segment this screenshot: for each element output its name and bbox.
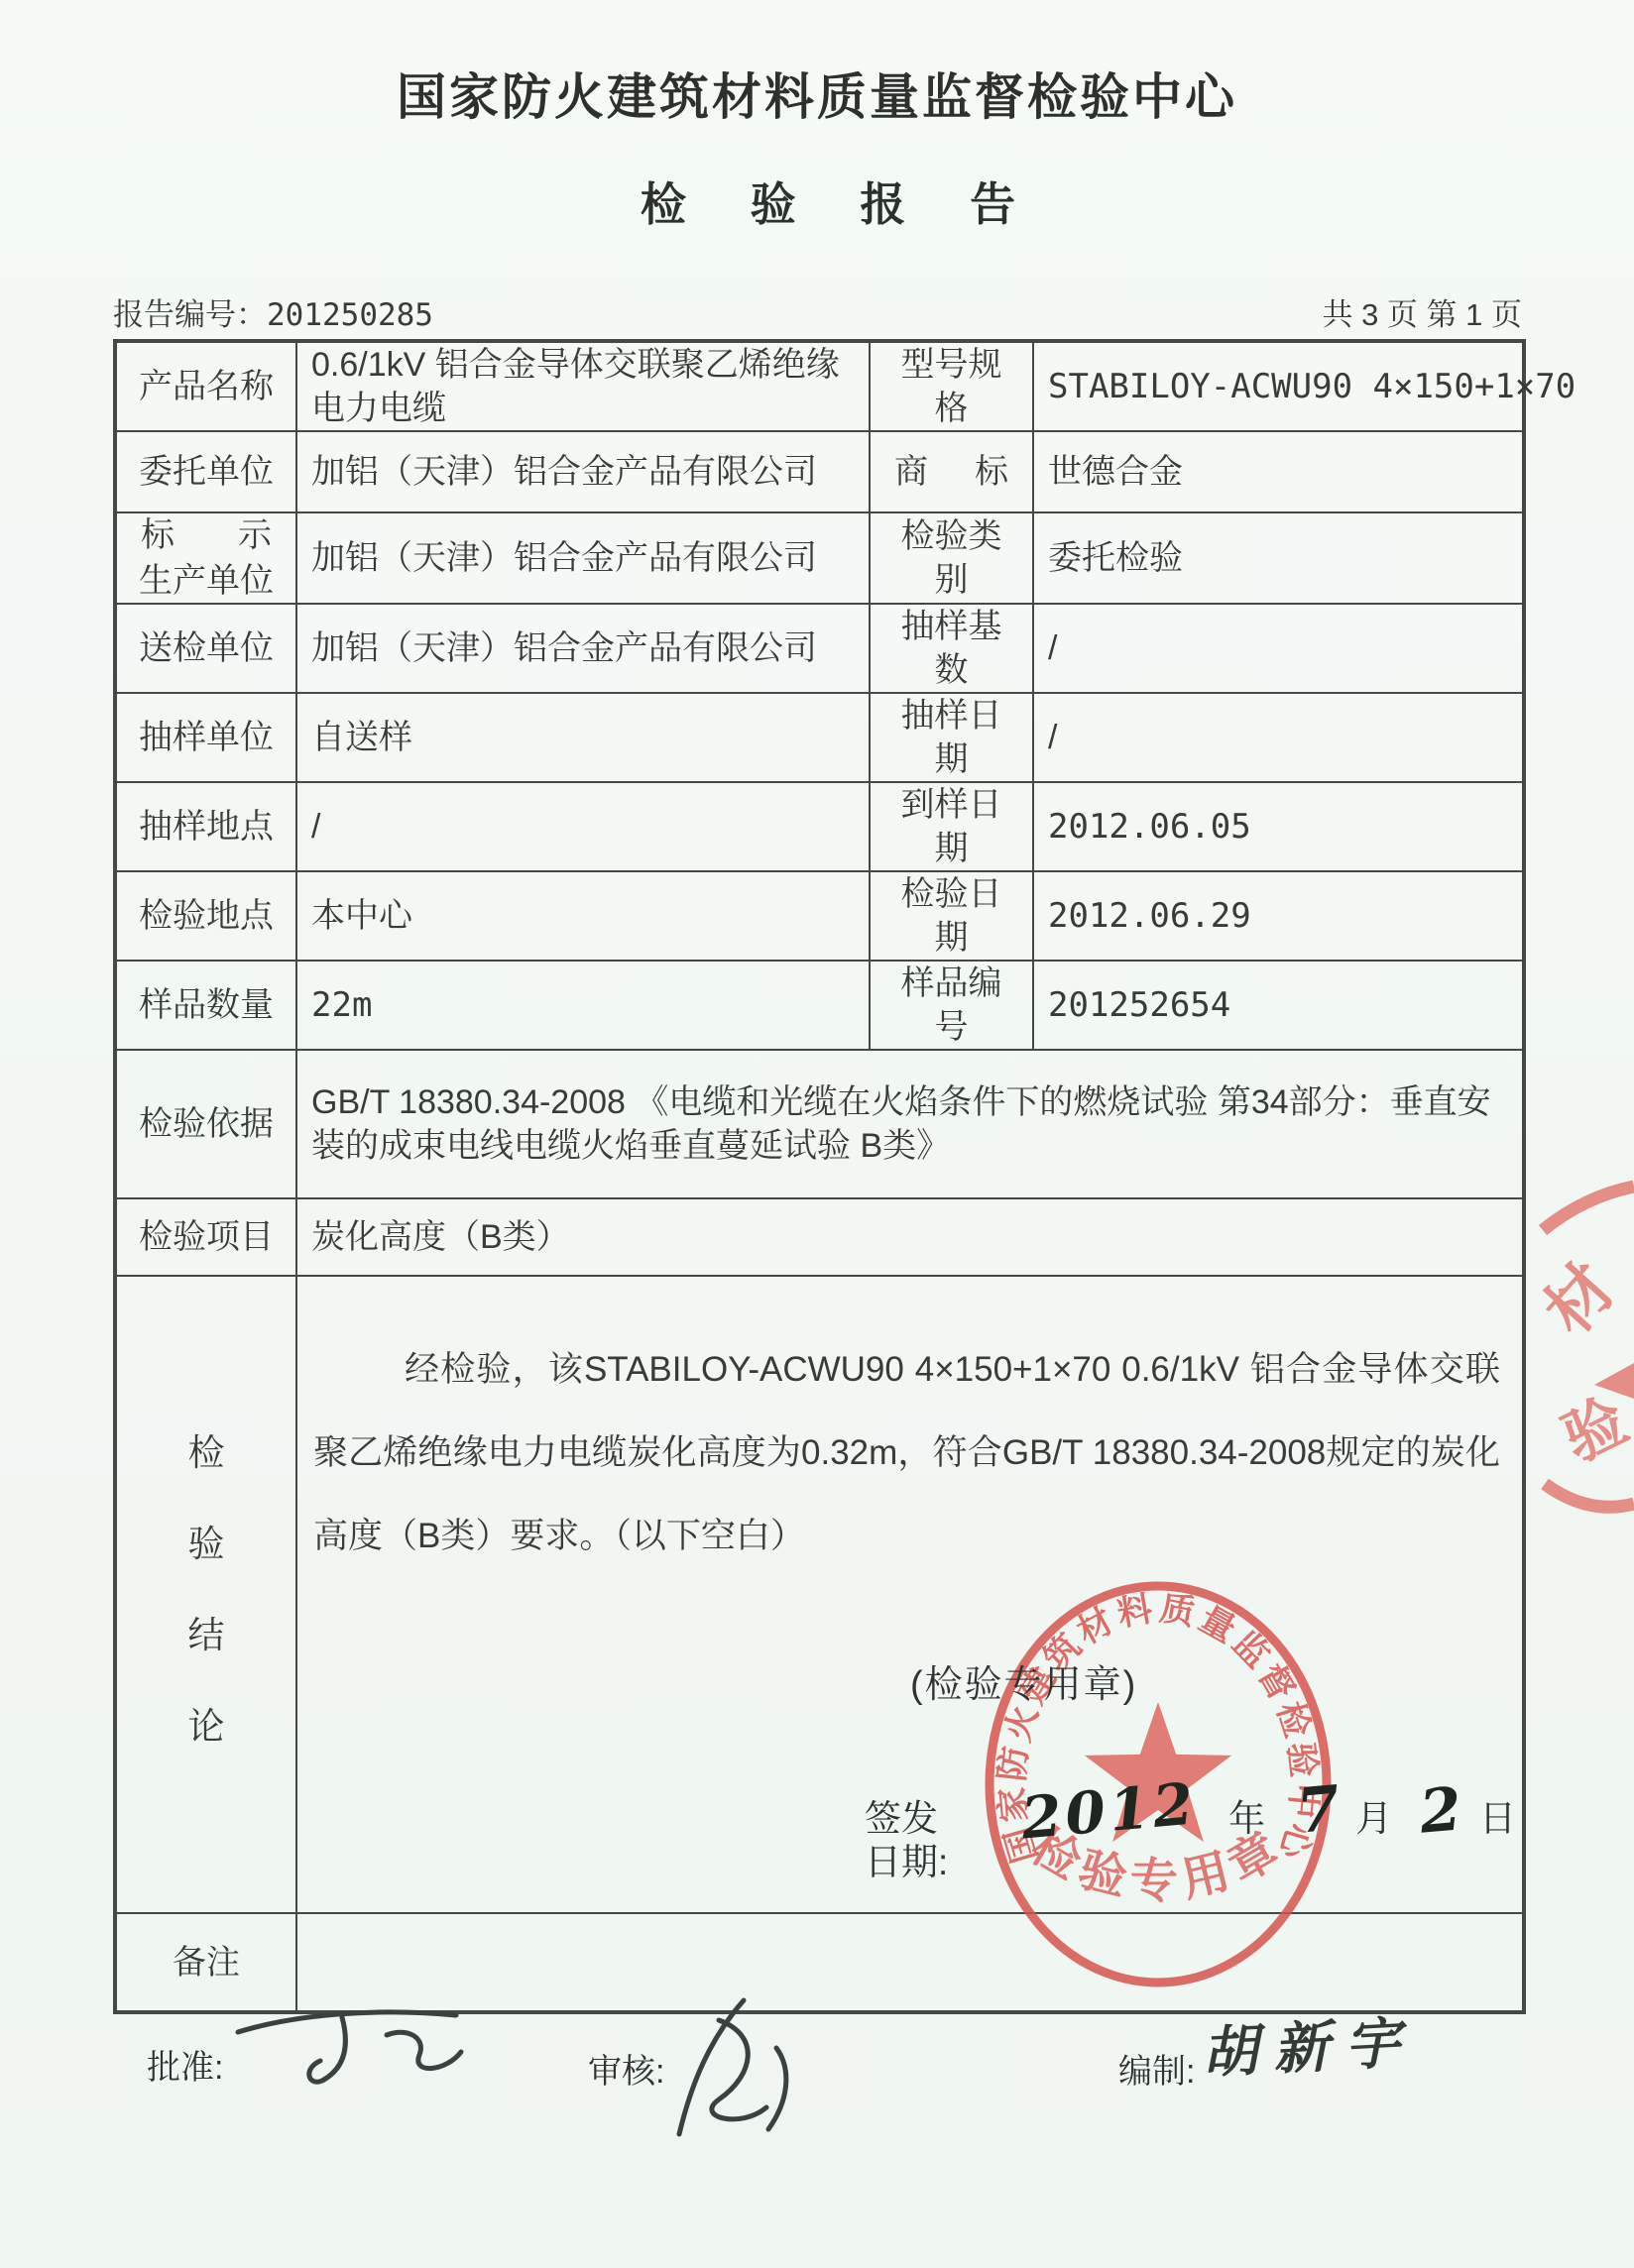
edge-stamp-char-2: 验 — [1553, 1386, 1634, 1474]
inspection-date-value: 2012.06.29 — [1033, 871, 1524, 961]
conclusion-row: 检 验 结 论 经检验，该STABILOY-ACWU90 4×150+1×70 … — [115, 1276, 1524, 1913]
submitting-unit-value: 加铝（天津）铝合金产品有限公司 — [296, 604, 870, 693]
report-number-label: 报告编号： — [113, 297, 267, 332]
table-row: 检验依据 GB/T 18380.34-2008 《电缆和光缆在火焰条件下的燃烧试… — [115, 1050, 1524, 1198]
conclusion-label-char4: 论 — [188, 1705, 225, 1749]
sample-quantity-value: 22m — [296, 961, 870, 1050]
prepare-label: 编制: — [1118, 2044, 1195, 2093]
report-number: 报告编号：201250285 — [113, 289, 433, 334]
arrival-date-label: 到样日期 — [870, 782, 1033, 871]
edge-stamp-char-1: 材 — [1537, 1250, 1629, 1348]
page-title: 国家防火建筑材料质量监督检验中心 — [113, 57, 1521, 129]
report-number-line: 报告编号：201250285 共 3 页 第 1 页 — [113, 289, 1522, 334]
sample-base-value: / — [1033, 604, 1524, 693]
client-label: 委托单位 — [115, 431, 296, 512]
issue-year-unit: 年 — [1228, 1797, 1265, 1841]
report-number-value: 201250285 — [267, 297, 433, 333]
table-row: 检验地点 本中心 检验日期 2012.06.29 — [115, 871, 1524, 961]
sampling-unit-value: 自送样 — [296, 693, 870, 782]
pagination: 共 3 页 第 1 页 — [1322, 289, 1522, 334]
prepare-signature-name: 胡新宇 — [1200, 1998, 1418, 2089]
stamp-note-text: (检验专用章) — [910, 1663, 1137, 1707]
product-name-value: 0.6/1kV 铝合金导体交联聚乙烯绝缘电力电缆 — [296, 341, 870, 431]
sample-quantity-label: 样品数量 — [115, 961, 296, 1050]
model-spec-value: STABILOY-ACWU90 4×150+1×70 — [1033, 341, 1524, 431]
table-row: 抽样单位 自送样 抽样日期 / — [115, 693, 1524, 782]
issue-month-unit: 月 — [1355, 1797, 1392, 1841]
marked-label-char1: 标 — [141, 513, 175, 557]
conclusion-cell: 经检验，该STABILOY-ACWU90 4×150+1×70 0.6/1kV … — [296, 1276, 1524, 1913]
approve-label: 批准: — [147, 2040, 223, 2089]
table-row: 送检单位 加铝（天津）铝合金产品有限公司 抽样基数 / — [115, 604, 1524, 693]
table-row: 产品名称 0.6/1kV 铝合金导体交联聚乙烯绝缘电力电缆 型号规格 STABI… — [115, 341, 1524, 431]
issue-date-label: 签发日期: — [865, 1797, 960, 1884]
sampling-unit-label: 抽样单位 — [115, 693, 296, 782]
edge-partial-stamp: 材 验 — [1537, 1135, 1634, 1531]
issue-day-unit: 日 — [1479, 1797, 1516, 1841]
conclusion-label-char1: 检 — [188, 1431, 225, 1475]
inspection-item-value: 炭化高度（B类） — [296, 1198, 1524, 1276]
sample-base-label: 抽样基数 — [870, 604, 1033, 693]
issue-day-handwritten: 2 — [1418, 1787, 1462, 1834]
sampling-date-label: 抽样日期 — [870, 693, 1033, 782]
issue-year-handwritten: 2012 — [1019, 1781, 1199, 1840]
inspection-place-label: 检验地点 — [115, 871, 296, 961]
report-table: 产品名称 0.6/1kV 铝合金导体交联聚乙烯绝缘电力电缆 型号规格 STABI… — [113, 339, 1526, 2014]
inspection-type-value: 委托检验 — [1033, 512, 1524, 604]
issue-date-line: 签发日期: 2012 年 7 月 2 日 — [865, 1788, 1522, 1884]
inspection-basis-label: 检验依据 — [115, 1050, 296, 1198]
inspection-place-value: 本中心 — [296, 871, 870, 961]
sample-number-value: 201252654 — [1033, 961, 1524, 1050]
inspection-basis-value: GB/T 18380.34-2008 《电缆和光缆在火焰条件下的燃烧试验 第34… — [296, 1050, 1524, 1198]
model-spec-label: 型号规格 — [870, 341, 1033, 431]
inspection-report-page: 国家防火建筑材料质量监督检验中心 检 验 报 告 报告编号：201250285 … — [0, 0, 1634, 2268]
inspection-date-label: 检验日期 — [870, 871, 1033, 961]
sample-number-label: 样品编号 — [870, 961, 1033, 1050]
trademark-value: 世德合金 — [1033, 431, 1524, 512]
marked-label-char2: 示 — [238, 513, 272, 557]
review-signature — [649, 1990, 828, 2149]
sampling-place-label: 抽样地点 — [115, 782, 296, 871]
edge-stamp-arc-top — [1543, 1187, 1634, 1230]
sampling-place-value: / — [296, 782, 870, 871]
trademark-label-char1: 商 — [894, 450, 928, 494]
client-value: 加铝（天津）铝合金产品有限公司 — [296, 431, 870, 512]
trademark-label-char2: 标 — [975, 450, 1008, 494]
table-row: 检验项目 炭化高度（B类） — [115, 1198, 1524, 1276]
conclusion-label: 检 验 结 论 — [115, 1276, 296, 1913]
edge-stamp-arc-bottom — [1545, 1484, 1634, 1507]
conclusion-label-char3: 结 — [188, 1614, 225, 1657]
conclusion-text: 经检验，该STABILOY-ACWU90 4×150+1×70 0.6/1kV … — [313, 1328, 1500, 1578]
product-name-label: 产品名称 — [115, 341, 296, 431]
marked-manufacturer-value: 加铝（天津）铝合金产品有限公司 — [296, 512, 870, 604]
inspection-type-label: 检验类别 — [870, 512, 1033, 604]
page-subtitle: 检 验 报 告 — [137, 169, 1545, 234]
arrival-date-value: 2012.06.05 — [1033, 782, 1524, 871]
approve-signature — [223, 1978, 471, 2092]
table-row: 抽样地点 / 到样日期 2012.06.05 — [115, 782, 1524, 871]
table-row: 样品数量 22m 样品编号 201252654 — [115, 961, 1524, 1050]
trademark-label: 商 标 — [870, 431, 1033, 512]
marked-label-line2: 生产单位 — [131, 559, 282, 603]
inspection-item-label: 检验项目 — [115, 1198, 296, 1276]
submitting-unit-label: 送检单位 — [115, 604, 296, 693]
table-row: 标 示 生产单位 加铝（天津）铝合金产品有限公司 检验类别 委托检验 — [115, 512, 1524, 604]
conclusion-label-char2: 验 — [188, 1523, 225, 1566]
table-row: 委托单位 加铝（天津）铝合金产品有限公司 商 标 世德合金 — [115, 431, 1524, 512]
sampling-date-value: / — [1033, 693, 1524, 782]
marked-manufacturer-label: 标 示 生产单位 — [115, 512, 296, 604]
issue-month-handwritten: 7 — [1295, 1786, 1342, 1834]
